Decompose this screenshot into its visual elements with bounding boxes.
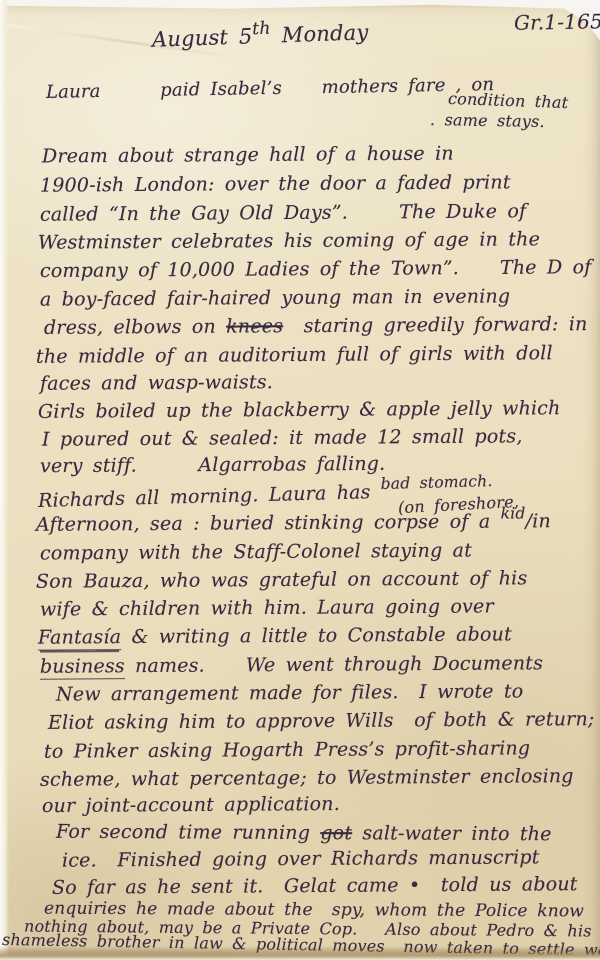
manuscript-line: scheme, what percentage; to Westminster … — [40, 767, 574, 790]
paper-bottom-edge — [0, 946, 600, 960]
text-segment: faces and wasp-waists. — [40, 371, 273, 395]
text-segment: to Pinker asking Hogarth Press’s profit-… — [44, 737, 530, 762]
manuscript-line: ice. Finished going over Richards manusc… — [62, 848, 540, 870]
manuscript-line: dress, elbows on knees staring greedily … — [44, 315, 588, 338]
manuscript-line: called “In the Gay Old Days”. The Duke o… — [40, 202, 526, 224]
manuscript-line: to Pinker asking Hogarth Press’s profit-… — [44, 739, 530, 761]
text-segment: Westminster celebrates his coming of age… — [38, 228, 540, 254]
text-segment: Fantasía — [38, 626, 121, 651]
text-segment: staring greedily forward: in — [283, 313, 588, 337]
text-segment: New arrangement made for files. I wrote … — [56, 680, 524, 705]
text-segment: company with the Staff-Colonel staying a… — [40, 539, 472, 564]
interlinear-insertion: . same stays. — [430, 112, 545, 130]
text-segment: company of 10,000 Ladies of the Town”. T… — [40, 256, 600, 282]
manuscript-line: business names. We went through Document… — [40, 654, 543, 677]
text-segment: names. We went through Documents — [125, 652, 543, 677]
manuscript-line: Son Bauza, who was grateful on account o… — [36, 569, 527, 591]
manuscript-line: faces and wasp-waists. — [40, 373, 273, 394]
text-segment: For second time running — [56, 821, 320, 844]
text-segment: Gr.1-165 — [514, 9, 600, 35]
text-segment: So far as he sent it. Gelat came • told … — [52, 873, 578, 899]
manuscript-line: So far as he sent it. Gelat came • told … — [52, 875, 578, 898]
text-segment: I poured out & sealed: it made 12 small … — [42, 425, 523, 450]
manuscript-line: 1900-ish London: over the door a faded p… — [40, 173, 511, 195]
manuscript-line: company of 10,000 Ladies of the Town”. T… — [40, 258, 600, 281]
text-segment: salt-water into the — [352, 822, 552, 845]
text-segment: Afternoon, sea : buried stinking corpse … — [36, 511, 501, 536]
text-segment: dress, elbows on — [44, 316, 226, 339]
text-segment: the middle of an auditorium full of girl… — [36, 342, 553, 368]
text-segment: scheme, what percentage; to Westminster … — [40, 765, 574, 791]
text-segment: . same stays. — [430, 110, 545, 131]
manuscript-line: New arrangement made for files. I wrote … — [56, 682, 524, 704]
text-segment: kid — [500, 504, 525, 522]
interlinear-insertion: condition that — [448, 91, 569, 111]
manuscript-line: the middle of an auditorium full of girl… — [36, 344, 553, 367]
text-segment: got — [320, 822, 352, 844]
manuscript-line: Girls boiled up the blackberry & apple j… — [38, 399, 561, 422]
manuscript-line: Dream about strange hall of a house in — [42, 145, 454, 167]
text-segment: Eliot asking him to approve Wills of bot… — [48, 708, 595, 734]
manuscript-line: Afternoon, sea : buried stinking corpse … — [36, 512, 551, 535]
text-segment: ice. Finished going over Richards manusc… — [62, 846, 540, 871]
text-segment: Son Bauza, who was grateful on account o… — [36, 567, 528, 592]
text-segment: 1900-ish London: over the door a faded p… — [40, 171, 511, 196]
paper-left-edge — [0, 0, 9, 960]
scanned-page: Gr.1-165August 5th MondayLaura paid Isab… — [0, 0, 600, 960]
text-segment: business — [40, 655, 125, 680]
manuscript-line: Westminster celebrates his coming of age… — [38, 230, 540, 253]
text-segment: Monday — [270, 20, 368, 47]
archive-reference: Gr.1-165 — [514, 11, 600, 33]
manuscript-line: very stiff. Algarrobas falling. — [40, 455, 385, 476]
text-segment: a boy-faced fair-haired young man in eve… — [40, 285, 510, 310]
text-segment: August 5 — [152, 24, 253, 51]
manuscript-line: For second time running got salt-water i… — [56, 823, 552, 845]
text-segment: our joint-account application. — [42, 793, 340, 817]
text-segment: wife & children with him. Laura going ov… — [40, 595, 494, 620]
manuscript-line: Fantasía & writing a little to Constable… — [38, 625, 512, 647]
text-segment: th — [252, 19, 271, 40]
manuscript-line: a boy-faced fair-haired young man in eve… — [40, 287, 510, 309]
manuscript-line: I poured out & sealed: it made 12 small … — [42, 427, 523, 449]
text-segment: knees — [226, 315, 283, 337]
manuscript-line: our joint-account application. — [42, 795, 340, 816]
manuscript-line: Eliot asking him to approve Wills of bot… — [48, 710, 595, 733]
manuscript-line: company with the Staff-Colonel staying a… — [40, 541, 472, 563]
manuscript-line: wife & children with him. Laura going ov… — [40, 597, 494, 619]
text-segment: & writing a little to Constable about — [121, 623, 512, 648]
text-segment: called “In the Gay Old Days”. The Duke o… — [40, 200, 526, 225]
text-segment: very stiff. Algarrobas falling. — [40, 453, 386, 477]
text-segment: /in — [526, 510, 551, 532]
text-segment: bad stomach. — [380, 472, 492, 493]
text-segment: Girls boiled up the blackberry & apple j… — [38, 397, 561, 423]
text-segment: Dream about strange hall of a house in — [42, 143, 454, 168]
